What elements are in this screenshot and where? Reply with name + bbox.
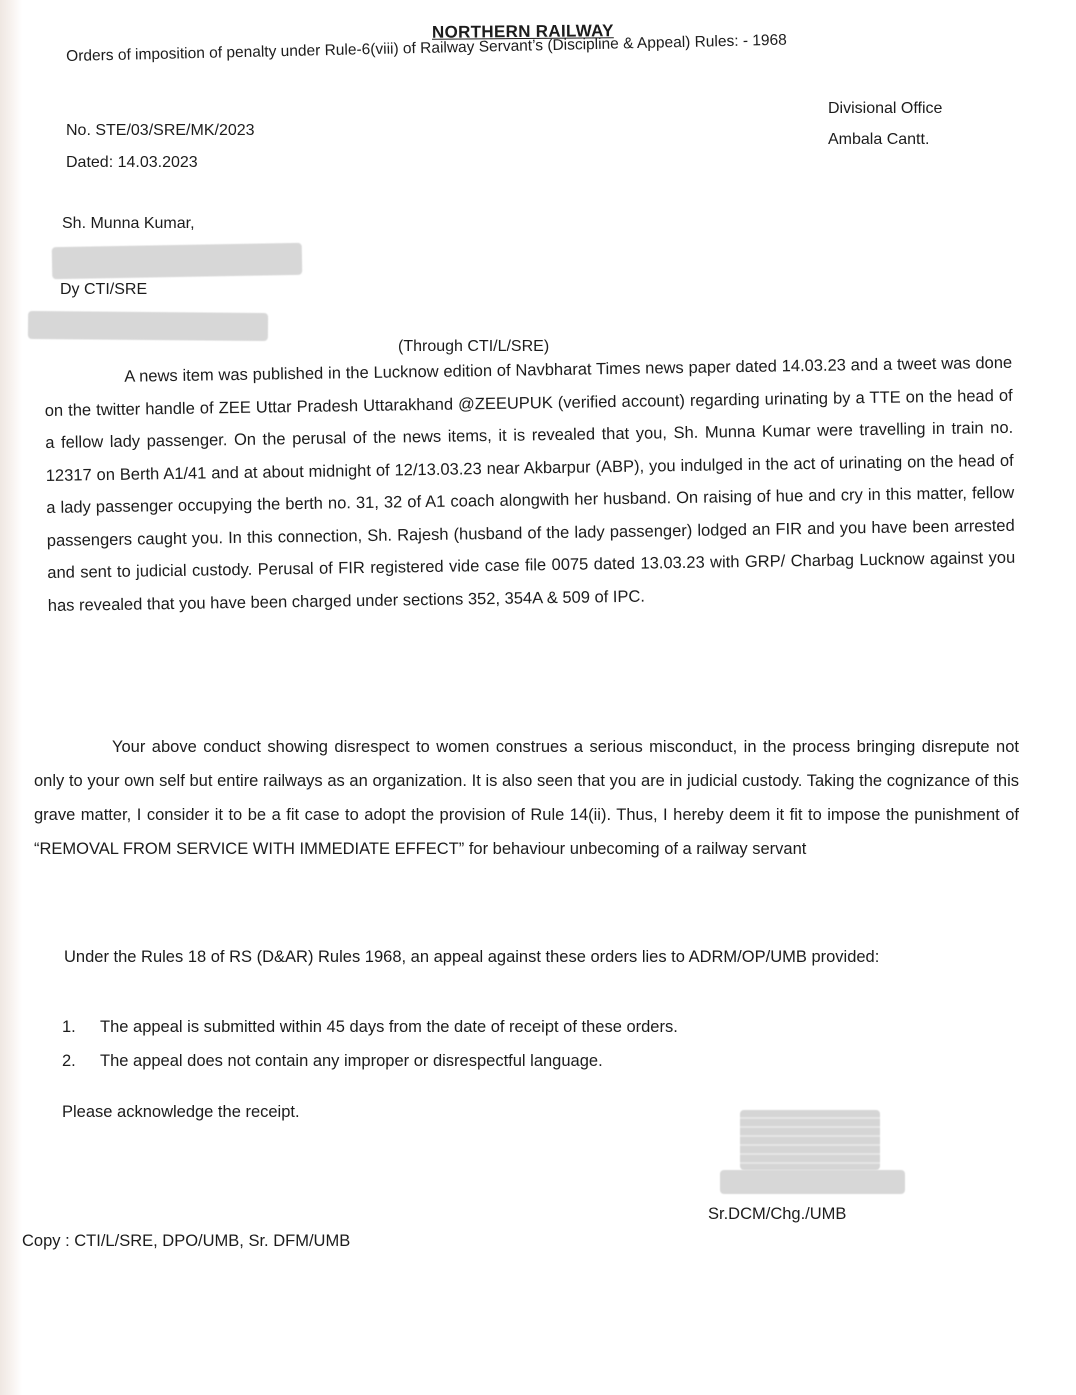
list-item: 1. The appeal is submitted within 45 day… xyxy=(62,1010,678,1044)
addressee-name: Sh. Munna Kumar, xyxy=(62,215,195,233)
through-channel: (Through CTI/L/SRE) xyxy=(398,338,549,356)
list-item-text: The appeal does not contain any improper… xyxy=(100,1044,603,1078)
list-item: 2. The appeal does not contain any impro… xyxy=(62,1044,678,1078)
addressee-designation: Dy CTI/SRE xyxy=(60,281,147,299)
body-paragraph-3: Under the Rules 18 of RS (D&AR) Rules 19… xyxy=(28,940,1022,974)
redacted-block xyxy=(28,311,268,341)
acknowledgement-request: Please acknowledge the receipt. xyxy=(62,1103,300,1122)
office-location: Ambala Cantt. xyxy=(828,131,929,149)
body-paragraph-2: Your above conduct showing disrespect to… xyxy=(34,730,1019,866)
reference-date: Dated: 14.03.2023 xyxy=(66,154,198,172)
body-paragraph-1: A news item was published in the Lucknow… xyxy=(44,347,1016,622)
redacted-block xyxy=(52,243,303,279)
order-subtitle: Orders of imposition of penalty under Ru… xyxy=(66,32,787,66)
redacted-signature xyxy=(740,1110,880,1170)
scanned-page-edge xyxy=(0,0,22,1395)
copy-to-list: Copy : CTI/L/SRE, DPO/UMB, Sr. DFM/UMB xyxy=(22,1232,350,1251)
redacted-signature-name xyxy=(720,1170,905,1194)
appeal-conditions-list: 1. The appeal is submitted within 45 day… xyxy=(62,1010,678,1078)
list-item-text: The appeal is submitted within 45 days f… xyxy=(100,1010,678,1044)
list-item-number: 1. xyxy=(62,1010,100,1044)
office-name: Divisional Office xyxy=(828,100,942,118)
signatory-designation: Sr.DCM/Chg./UMB xyxy=(708,1205,846,1224)
reference-number: No. STE/03/SRE/MK/2023 xyxy=(66,122,255,140)
list-item-number: 2. xyxy=(62,1044,100,1078)
